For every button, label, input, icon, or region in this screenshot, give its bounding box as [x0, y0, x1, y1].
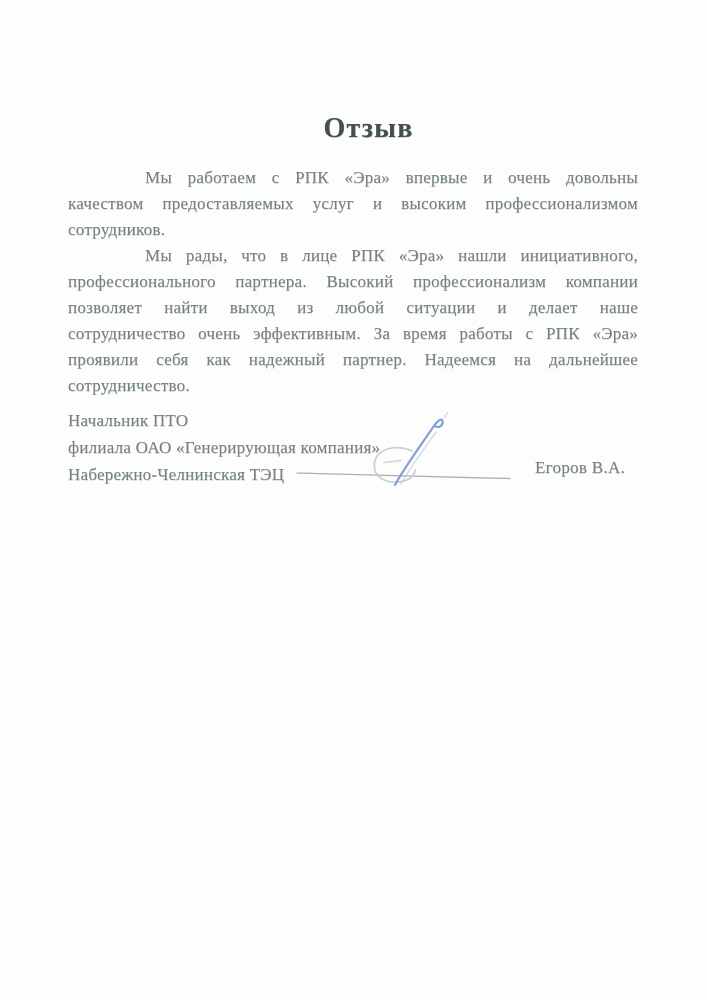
paragraph-line: профессионального партнера. Высокий проф… — [68, 269, 638, 295]
signer-branch-line: Набережно-Челнинская ТЭЦ — [68, 461, 488, 488]
paragraph: Мы работаем с РПК «Эра» впервые и очень … — [68, 165, 638, 243]
signature-overlay — [0, 0, 707, 1000]
body-text: Мы работаем с РПК «Эра» впервые и очень … — [68, 165, 638, 399]
paragraph: Мы рады, что в лице РПК «Эра» нашли иниц… — [68, 243, 638, 399]
paragraph-line: качеством предоставляемых услуг и высоки… — [68, 191, 638, 217]
paragraph-line: сотрудничество. — [68, 373, 638, 399]
paragraph-line: Мы рады, что в лице РПК «Эра» нашли иниц… — [68, 243, 638, 269]
signature-block: Начальник ПТО филиала ОАО «Генерирующая … — [68, 407, 488, 488]
document-page: Отзыв Мы работаем с РПК «Эра» впервые и … — [0, 0, 707, 1000]
paragraph-line: Мы работаем с РПК «Эра» впервые и очень … — [68, 165, 638, 191]
signer-position-line: Начальник ПТО — [68, 407, 488, 434]
paragraph-line: проявили себя как надежный партнер. Наде… — [68, 347, 638, 373]
paragraph-line: сотрудников. — [68, 217, 638, 243]
page-title: Отзыв — [15, 112, 707, 146]
paragraph-line: сотрудничество очень эффективным. За вре… — [68, 321, 638, 347]
paragraph-line: позволяет найти выход из любой ситуации … — [68, 295, 638, 321]
signer-name: Егоров В.А. — [535, 454, 625, 481]
signer-company-line: филиала ОАО «Генерирующая компания» — [68, 434, 488, 461]
